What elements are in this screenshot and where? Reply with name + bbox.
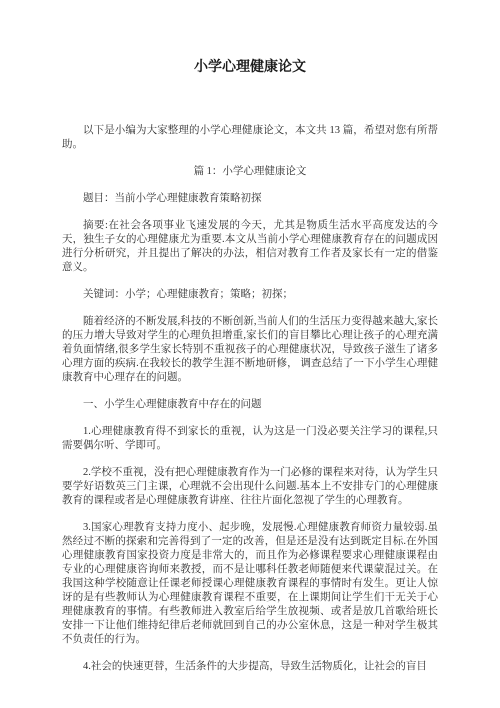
- problem2-paragraph: 2.学校不重视，没有把心理健康教育作为一门必修的课程来对待，认为学生只要学好语数…: [62, 466, 438, 508]
- problem3-paragraph: 3.国家心理教育支持力度小、起步晚，发展慢.心理健康教育师资力量较弱.虽然经过不…: [62, 521, 438, 647]
- keywords-line: 关键词：小学；心理健康教育；策略；初探；: [62, 288, 438, 302]
- section1-heading: 一、小学生心理健康教育中存在的问题: [62, 398, 438, 412]
- problem4-paragraph: 4.社会的快速更替，生活条件的大步提高，导致生活物质化，让社会的盲目: [62, 660, 438, 674]
- intro-paragraph: 以下是小编为大家整理的小学心理健康论文，本文共 13 篇，希望对您有所帮助。: [62, 124, 438, 152]
- part-heading: 篇 1：小学心理健康论文: [62, 165, 438, 179]
- abstract-paragraph: 摘要:在社会各项事业飞速发展的今天，尤其是物质生活水平高度发达的今天，独生子女的…: [62, 219, 438, 275]
- lead-paragraph: 随着经济的不断发展,科技的不断创新,当前人们的生活压力变得越来越大,家长的压力增…: [62, 315, 438, 385]
- document-page: 小学心理健康论文 以下是小编为大家整理的小学心理健康论文，本文共 13 篇，希望…: [0, 0, 500, 708]
- problem1-paragraph: 1.心理健康教育得不到家长的重视，认为这是一门没必要关注学习的课程,只需要偶尔听…: [62, 425, 438, 453]
- document-title: 小学心理健康论文: [62, 58, 438, 78]
- topic-line: 题目：当前小学心理健康教育策略初探: [62, 192, 438, 206]
